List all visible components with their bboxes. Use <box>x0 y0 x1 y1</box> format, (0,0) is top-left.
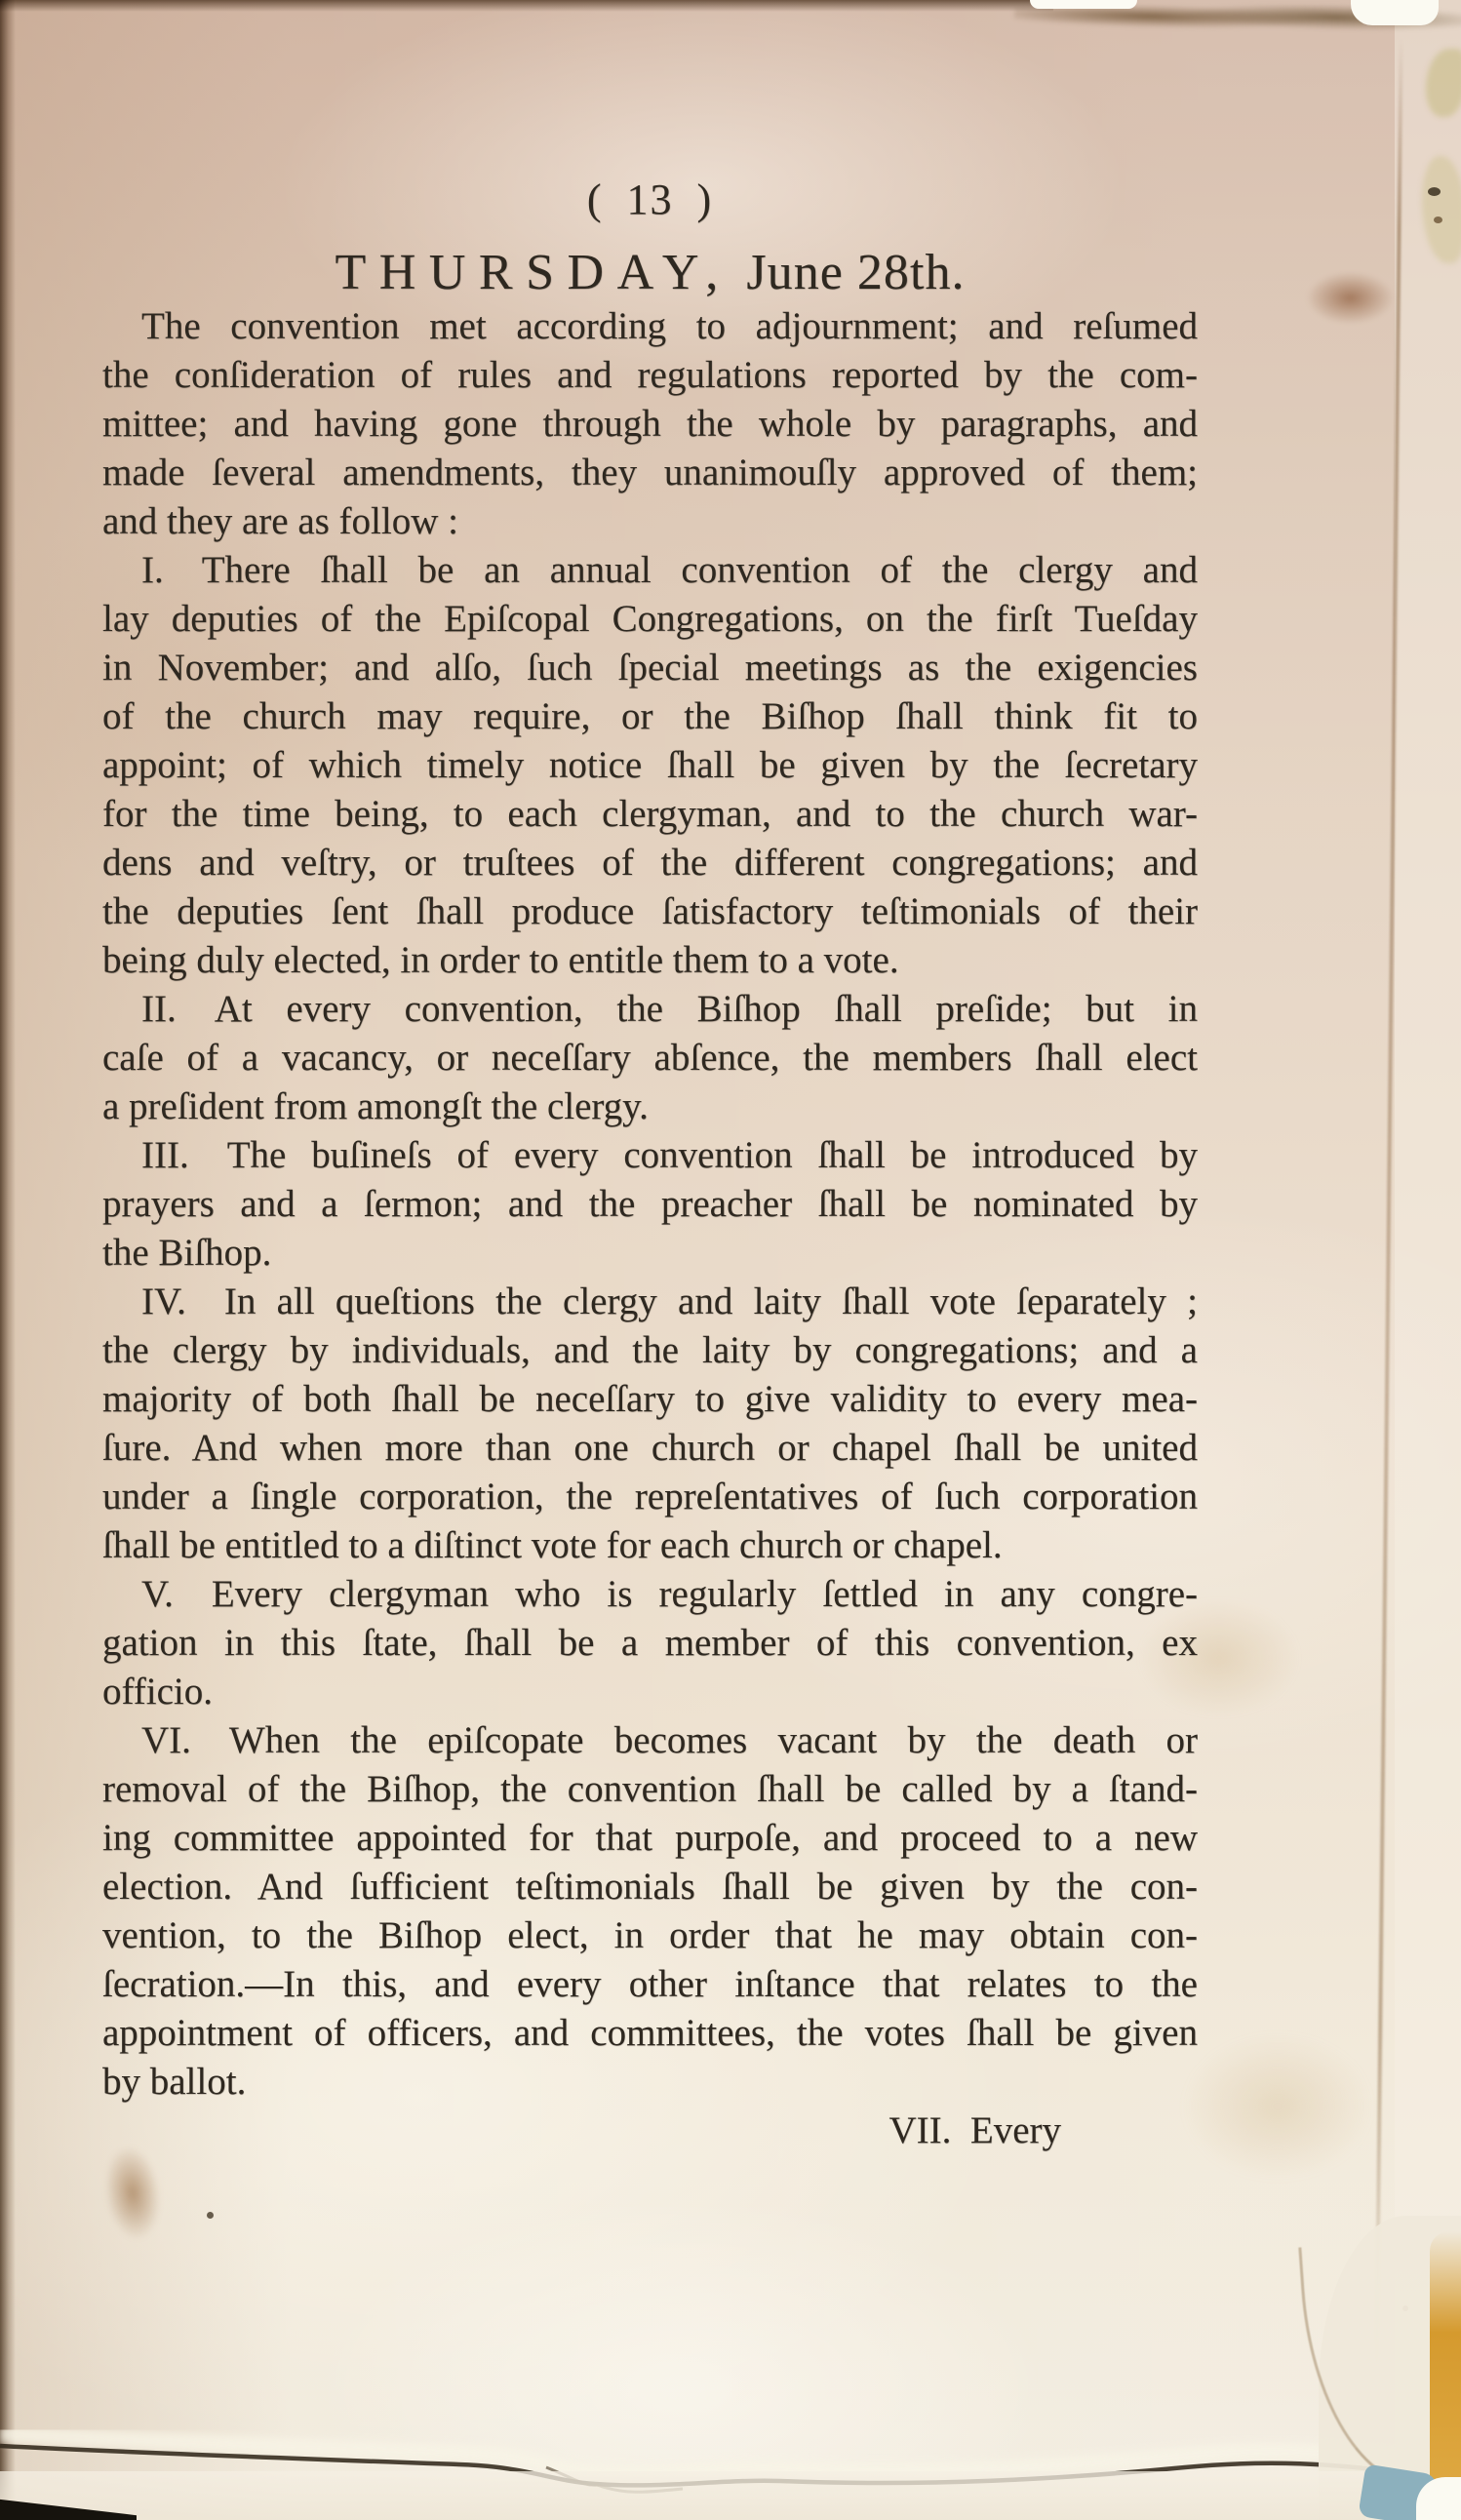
text-line: lay deputies of the Epiſcopal Congregati… <box>102 595 1198 644</box>
text-line: a preſident from amongſt the clergy. <box>102 1083 1198 1131</box>
ink-speck <box>1428 187 1441 196</box>
text-line: election. And ſufficient teſtimonials ſh… <box>102 1863 1198 1911</box>
text-line: officio. <box>102 1668 1198 1716</box>
paper-edge-top-shadow <box>0 0 1053 12</box>
text-line: II. At every convention, the Biſhop ſhal… <box>102 985 1198 1034</box>
text-line: IV. In all queſtions the clergy and lait… <box>102 1278 1198 1326</box>
text-line: ſecration.—In this, and every other inſt… <box>102 1960 1198 2009</box>
text-line: for the time being, to each clergyman, a… <box>102 790 1198 839</box>
text-line: appoint; of which timely notice ſhall be… <box>102 741 1198 790</box>
text-line: the deputies ſent ſhall produce ſatisfac… <box>102 887 1198 936</box>
heading-date: June 28th. <box>746 245 965 300</box>
text-line: appointment of officers, and committees,… <box>102 2009 1198 2058</box>
text-line: majority of both ſhall be neceſſary to g… <box>102 1375 1198 1424</box>
text-line: removal of the Biſhop, the convention ſh… <box>102 1765 1198 1814</box>
brown-stain-right <box>1289 261 1411 335</box>
paragraph: The convention met according to adjournm… <box>102 302 1198 546</box>
text-line: and they are as follow : <box>102 497 1198 546</box>
text-line: caſe of a vacancy, or neceſſary abſence,… <box>102 1034 1198 1083</box>
text-line: prayers and a ſermon; and the preacher ſ… <box>102 1180 1198 1229</box>
heading-day: THURSDAY, <box>335 245 730 300</box>
page-body: The convention met according to adjournm… <box>102 302 1198 2107</box>
paragraph: III. The buſineſs of every convention ſh… <box>102 1131 1198 1278</box>
paper-edge-left-shadow <box>0 0 16 2520</box>
text-line: The convention met according to adjournm… <box>102 302 1198 351</box>
catchword: VII. Every <box>102 2107 1198 2155</box>
text-line: the clergy by individuals, and the laity… <box>102 1326 1198 1375</box>
text-line: ing committee appointed for that purpoſe… <box>102 1814 1198 1863</box>
document-page: ( 13 ) THURSDAY,June 28th. The conventio… <box>0 0 1461 2520</box>
paragraph: I. There ſhall be an annual convention o… <box>102 546 1198 985</box>
text-line: the Biſhop. <box>102 1229 1198 1278</box>
paragraph: VI. When the epiſcopate becomes vacant b… <box>102 1716 1198 2107</box>
paper-below-tear <box>0 2471 1365 2520</box>
text-line: being duly elected, in order to entitle … <box>102 936 1198 985</box>
text-line: under a ſingle corporation, the repreſen… <box>102 1473 1198 1521</box>
paper-right-pale-band <box>1395 0 1461 2520</box>
text-line: in November; and alſo, ſuch ſpecial meet… <box>102 644 1198 692</box>
text-line: gation in this ſtate, ſhall be a member … <box>102 1619 1198 1668</box>
text-line: ſure. And when more than one church or c… <box>102 1424 1198 1473</box>
paper-torn-notch <box>1030 0 1137 9</box>
ink-speck <box>1434 217 1442 223</box>
text-line: ſhall be entitled to a diſtinct vote for… <box>102 1521 1198 1570</box>
text-line: made ſeveral amendments, they unanimouſl… <box>102 449 1198 497</box>
text-line: of the church may require, or the Biſhop… <box>102 692 1198 741</box>
text-line: III. The buſineſs of every convention ſh… <box>102 1131 1198 1180</box>
text-line: mittee; and having gone through the whol… <box>102 400 1198 449</box>
text-line: V. Every clergyman who is regularly ſett… <box>102 1570 1198 1619</box>
paper-torn-notch <box>1351 0 1439 25</box>
paragraph: II. At every convention, the Biſhop ſhal… <box>102 985 1198 1131</box>
text-line: by ballot. <box>102 2058 1198 2107</box>
text-line: I. There ſhall be an annual convention o… <box>102 546 1198 595</box>
text-line: vention, to the Biſhop elect, in order t… <box>102 1911 1198 1960</box>
page-number: ( 13 ) <box>102 176 1198 224</box>
text-line: the conſideration of rules and regulatio… <box>102 351 1198 400</box>
page-heading: THURSDAY,June 28th. <box>102 244 1198 302</box>
ink-speck <box>207 2212 214 2219</box>
text-line: dens and veſtry, or truſtees of the diff… <box>102 839 1198 887</box>
paragraph: V. Every clergyman who is regularly ſett… <box>102 1570 1198 1716</box>
paragraph: IV. In all queſtions the clergy and lait… <box>102 1278 1198 1570</box>
text-line: VI. When the epiſcopate becomes vacant b… <box>102 1716 1198 1765</box>
